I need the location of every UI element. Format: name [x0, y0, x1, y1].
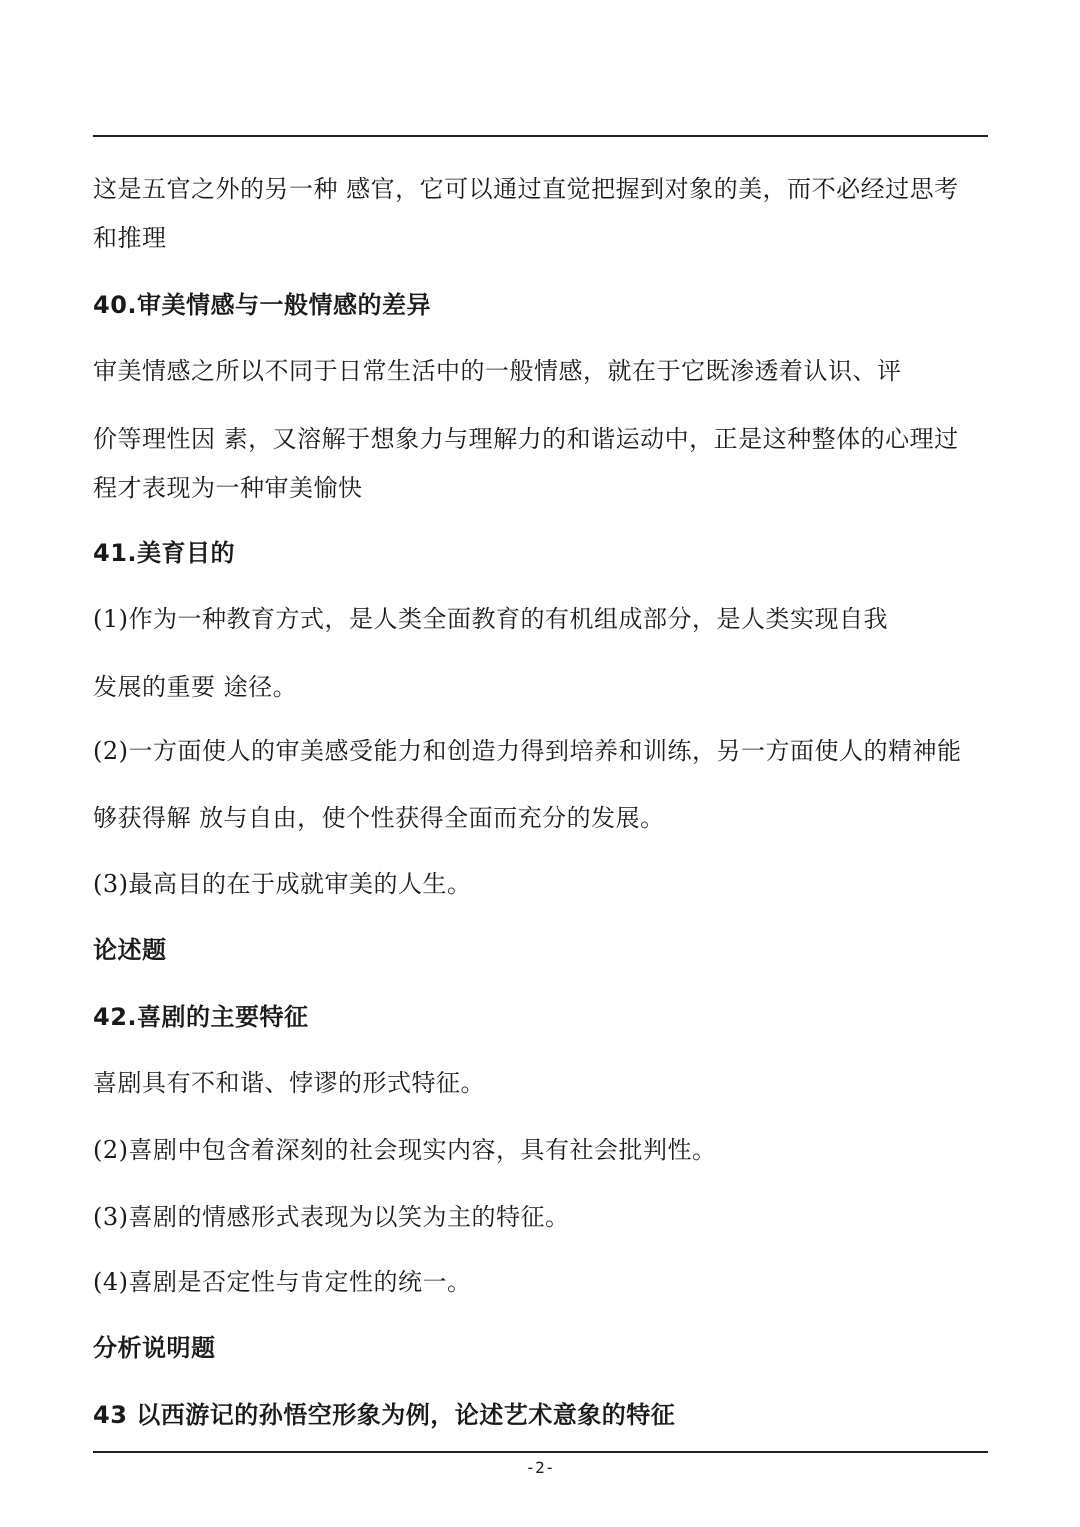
body-text-line: (2)喜剧中包含着深刻的社会现实内容，具有社会批判性。 — [93, 1135, 717, 1165]
question-heading-41: 41.美育目的 — [93, 538, 235, 568]
question-heading-43: 43 以西游记的孙悟空形象为例，论述艺术意象的特征 — [93, 1400, 675, 1430]
footer-rule — [93, 1451, 988, 1453]
section-heading-analysis: 分析说明题 — [93, 1333, 216, 1363]
body-text-line: 喜剧具有不和谐、悖谬的形式特征。 — [93, 1068, 485, 1098]
body-text-line: 够获得解 放与自由，使个性获得全面而充分的发展。 — [93, 803, 665, 833]
section-heading-essay: 论述题 — [93, 935, 167, 965]
page-number: -2- — [0, 1458, 1080, 1477]
body-text-line: 和推理 — [93, 223, 167, 253]
header-rule — [93, 135, 988, 137]
body-text-line: 审美情感之所以不同于日常生活中的一般情感，就在于它既渗透着认识、评 — [93, 356, 902, 386]
body-text-line: 发展的重要 途径。 — [93, 672, 297, 702]
body-text-line: 价等理性因 素，又溶解于想象力与理解力的和谐运动中，正是这种整体的心理过 — [93, 424, 959, 454]
question-heading-42: 42.喜剧的主要特征 — [93, 1002, 309, 1032]
body-text-line: (2)一方面使人的审美感受能力和创造力得到培养和训练，另一方面使人的精神能 — [93, 736, 962, 766]
body-text-line: (1)作为一种教育方式，是人类全面教育的有机组成部分，是人类实现自我 — [93, 604, 888, 634]
body-text-line: 程才表现为一种审美愉快 — [93, 473, 363, 503]
body-text-line: (4)喜剧是否定性与肯定性的统一。 — [93, 1267, 472, 1297]
question-heading-40: 40.审美情感与一般情感的差异 — [93, 290, 431, 320]
body-text-line: (3)喜剧的情感形式表现为以笑为主的特征。 — [93, 1202, 570, 1232]
body-text-line: 这是五官之外的另一种 感官，它可以通过直觉把握到对象的美，而不必经过思考 — [93, 174, 959, 204]
body-text-line: (3)最高目的在于成就审美的人生。 — [93, 869, 472, 899]
